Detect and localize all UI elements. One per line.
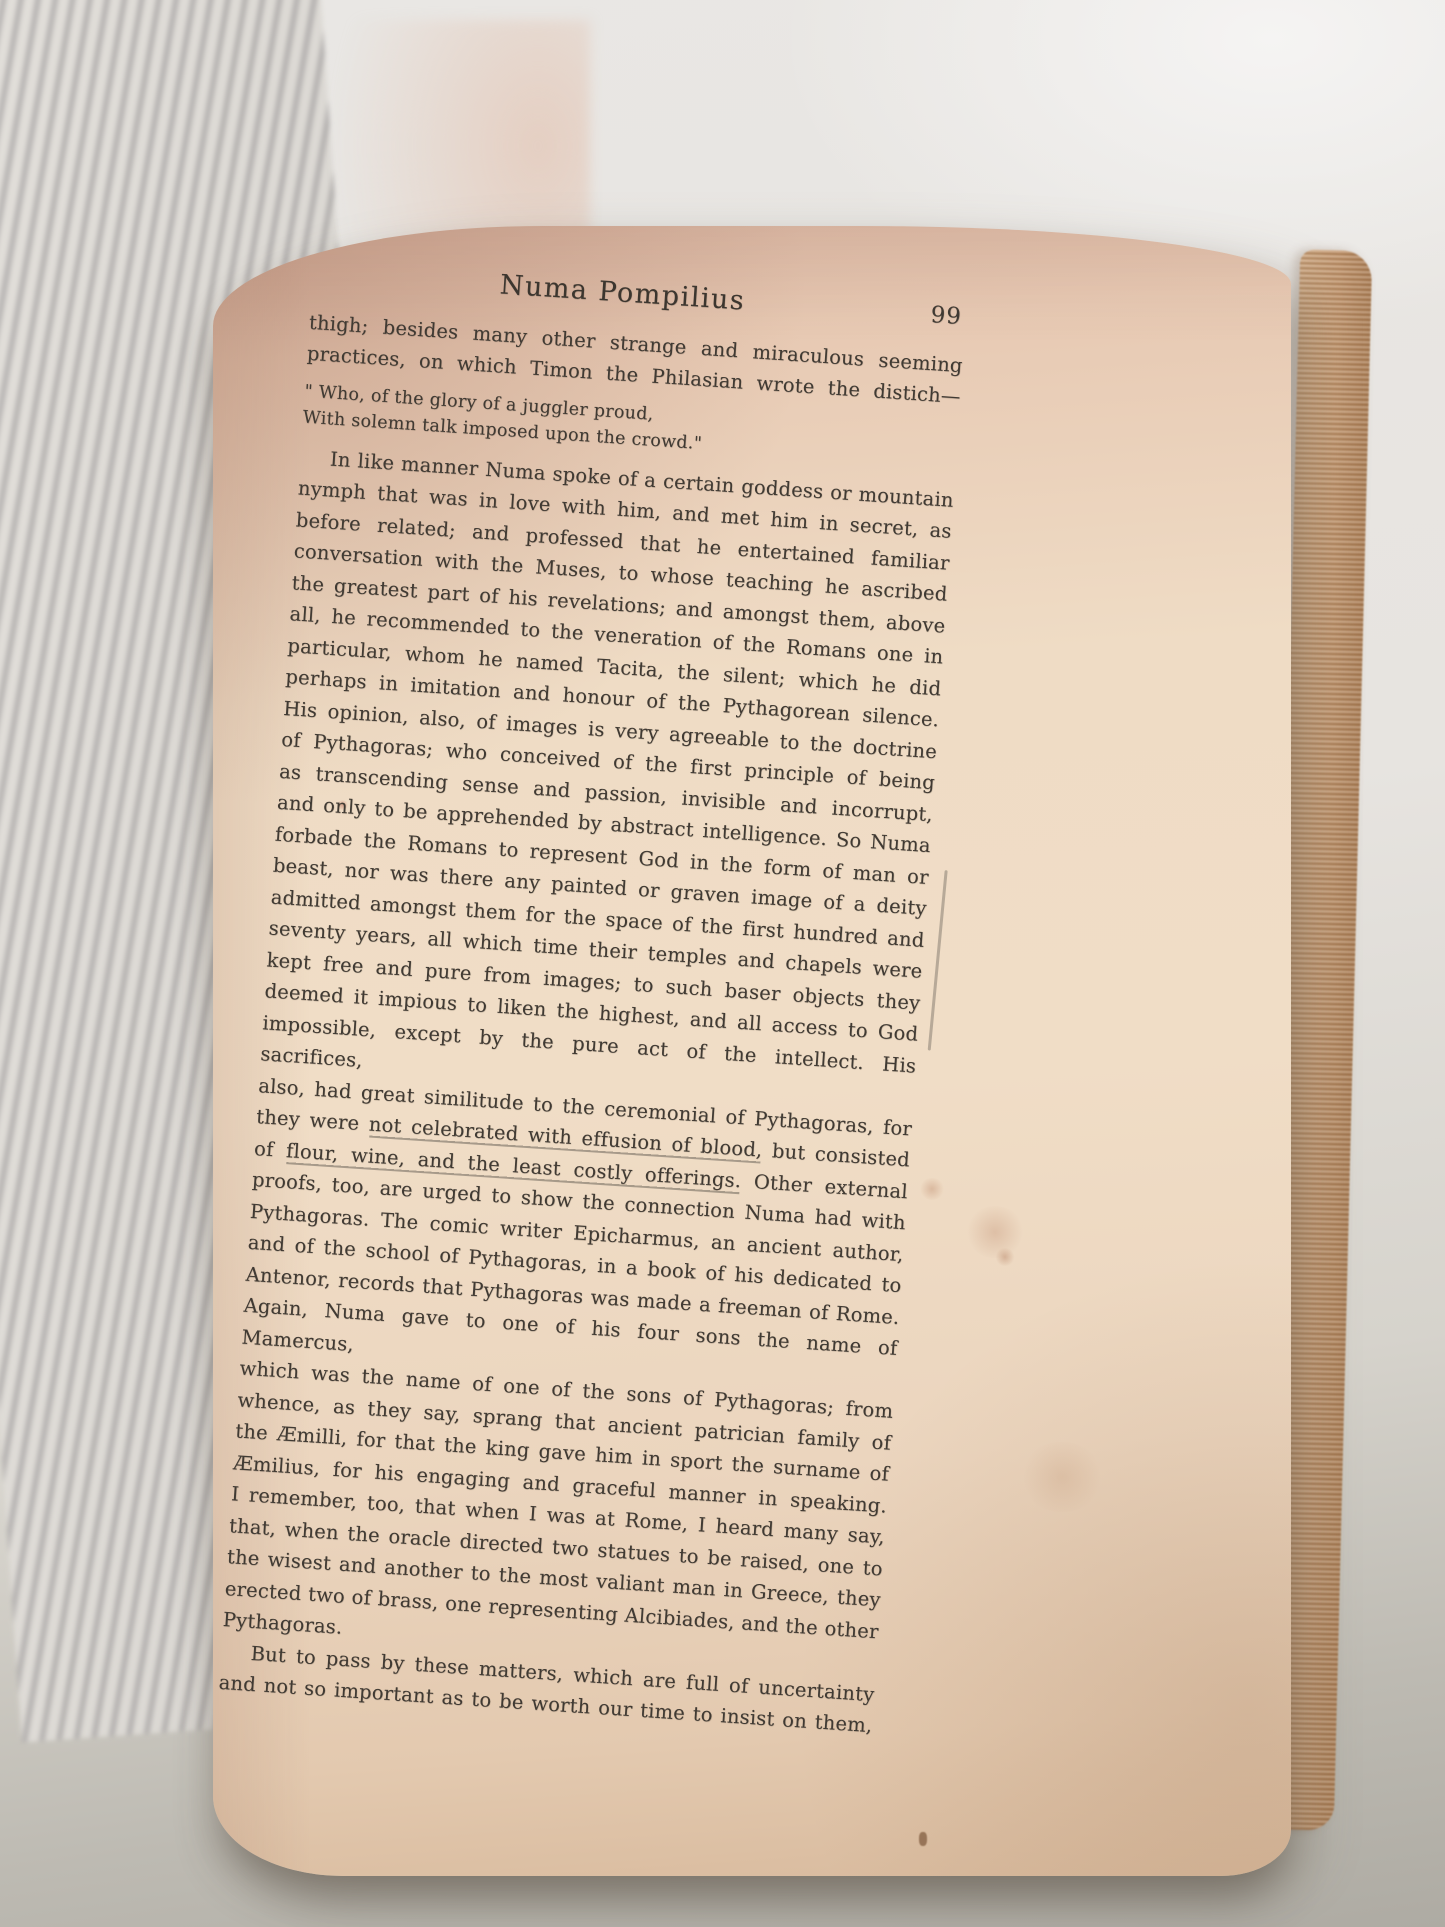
- page-number: 99: [930, 300, 963, 334]
- page-text: Numa Pompilius 99 thigh; besides many ot…: [218, 257, 967, 1742]
- photo-of-open-book: { "page": { "header": { "title": "Numa P…: [0, 0, 1445, 1927]
- text-segment: but consisted: [762, 1139, 911, 1172]
- text-segment: of: [253, 1136, 286, 1161]
- paragraph: In like manner Numa spoke of a certain g…: [222, 441, 955, 1679]
- text-segment: they were: [256, 1105, 370, 1135]
- text-blocks: thigh; besides many other strange and mi…: [218, 306, 964, 1741]
